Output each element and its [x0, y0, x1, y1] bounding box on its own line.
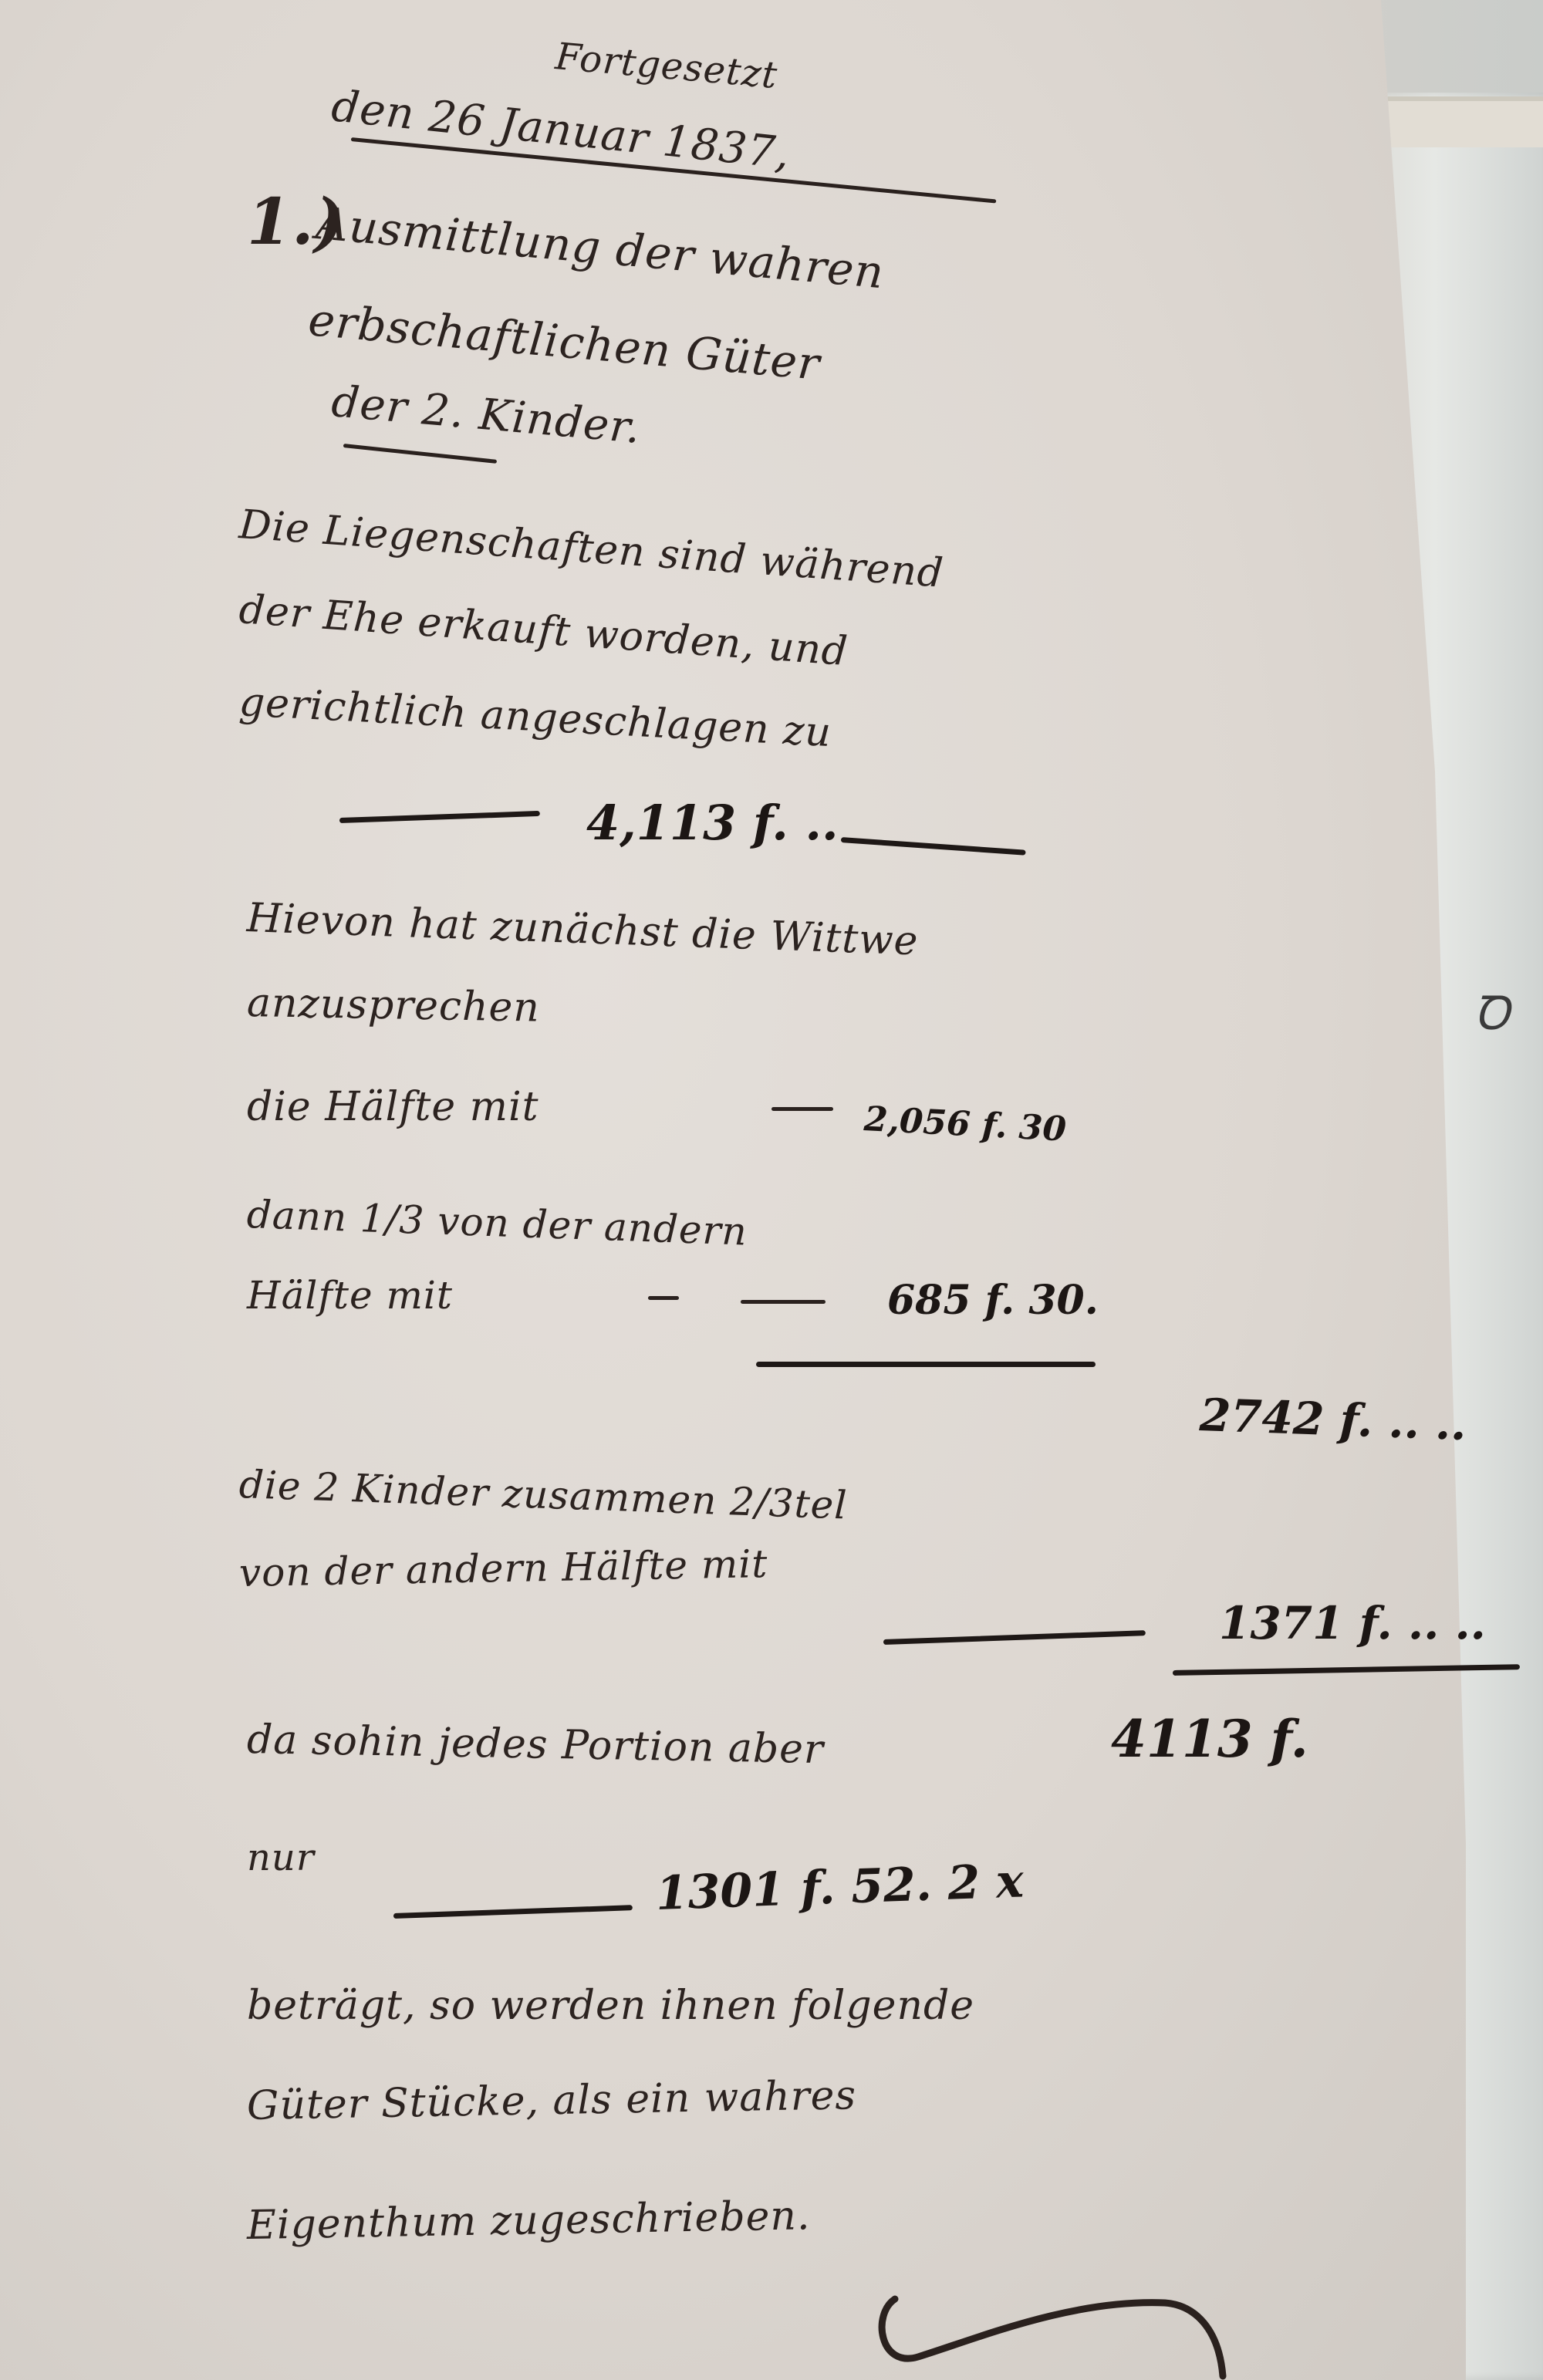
third-share-leader: [648, 1296, 679, 1300]
children-share-line-2: von der andern Hälfte mit: [238, 1541, 768, 1595]
third-share-amount: 685 f. 30.: [887, 1277, 1099, 1324]
widow-sum-amount: 2742 f. .. ..: [1199, 1389, 1467, 1450]
portion-line-2: nur: [247, 1836, 315, 1879]
closing-line-1: beträgt, so werden ihnen folgende: [247, 1983, 974, 2029]
third-share-leader-2: [741, 1300, 826, 1304]
check-sum-amount: 4113 f.: [1111, 1709, 1308, 1769]
children-share-amount: 1371 f. .. ..: [1219, 1597, 1486, 1649]
book-cover-edge: [1366, 96, 1543, 147]
third-share-line-2: Hälfte mit: [247, 1273, 453, 1318]
margin-mark: Ꝺ: [1474, 980, 1511, 1043]
paragraph-2-line-2: anzusprechen: [246, 980, 540, 1031]
closing-flourish: [872, 2284, 1242, 2380]
half-share-label: die Hälfte mit: [247, 1084, 539, 1130]
sum-rule: [756, 1362, 1096, 1367]
half-share-leader: [771, 1107, 833, 1111]
closing-line-3: Eigenthum zugeschrieben.: [246, 2193, 810, 2249]
total-amount: 4,113 f. ..: [586, 795, 839, 851]
